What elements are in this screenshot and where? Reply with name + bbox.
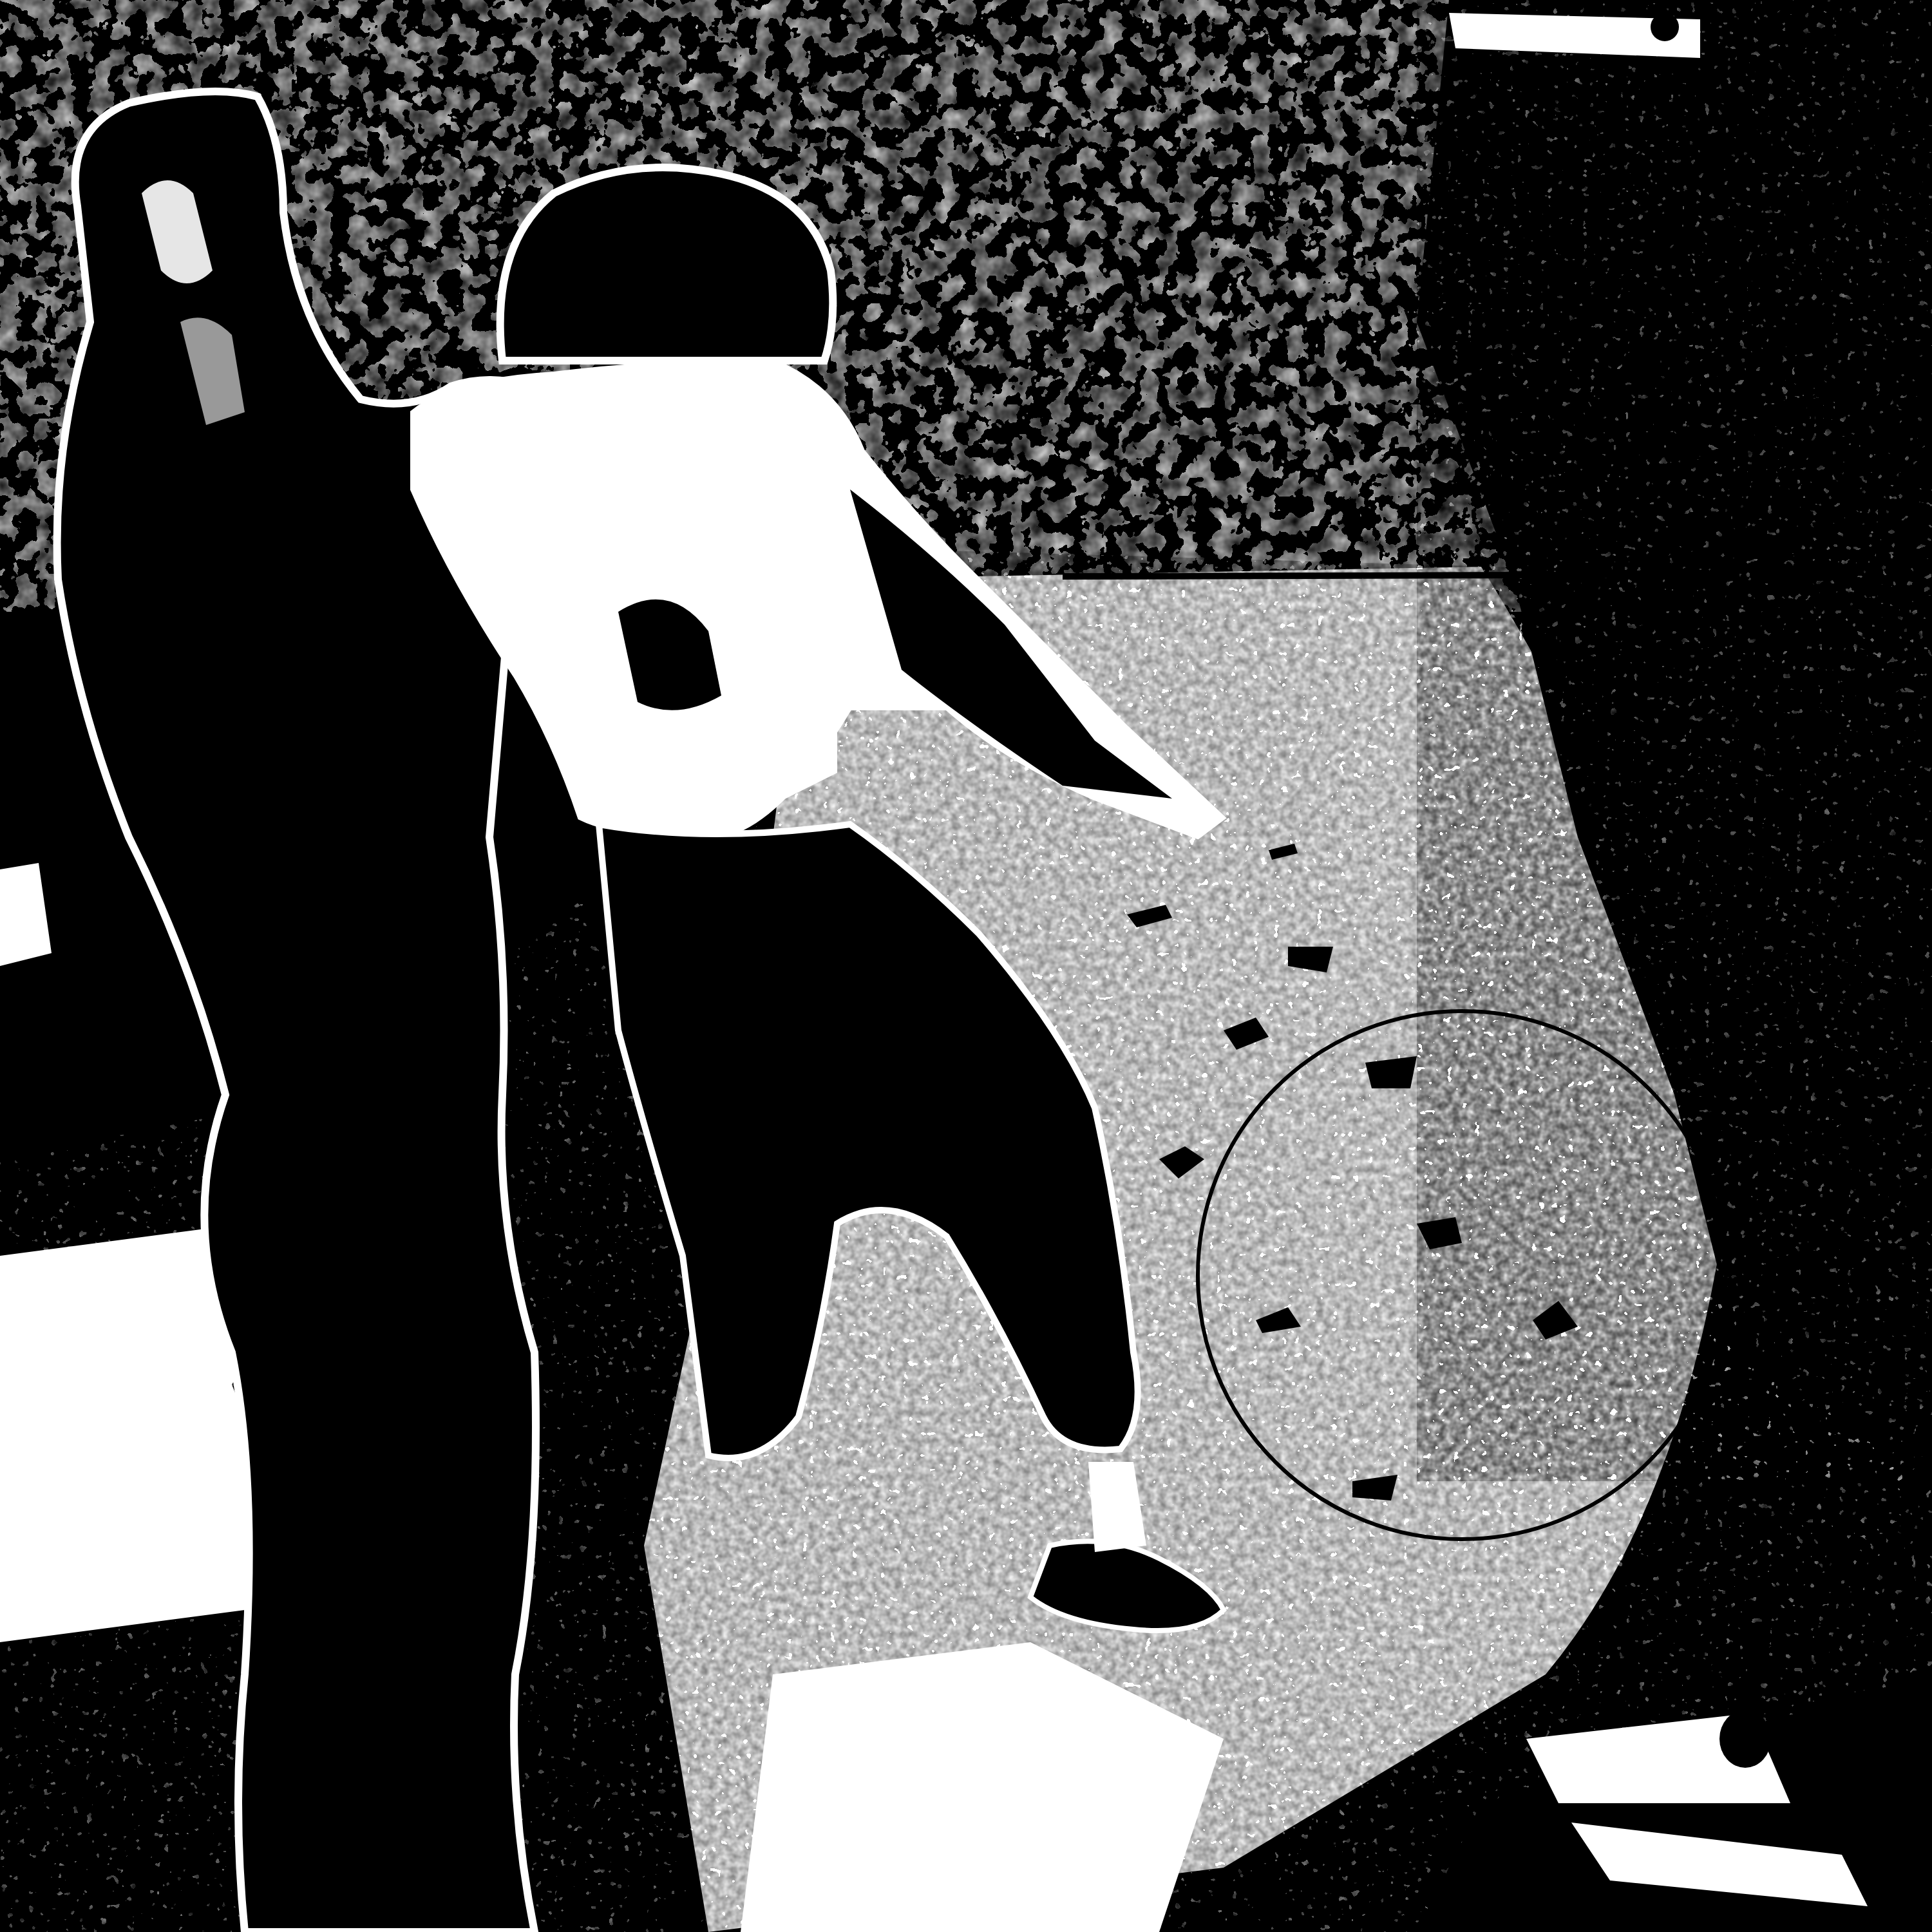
- foliage-speckle: [1417, 0, 1932, 1481]
- ground-crack-line: [1063, 574, 1739, 576]
- photo-scene: [0, 0, 1932, 1932]
